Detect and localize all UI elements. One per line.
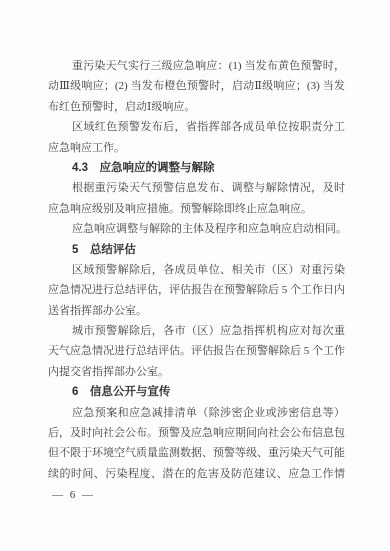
body-line: 应急响应工作。 bbox=[48, 138, 345, 158]
body-line: 区域预警解除后，各成员单位、相关市（区）对重污染天气 bbox=[48, 260, 345, 280]
section-heading-6: 6 信息公开与宣传 bbox=[48, 382, 345, 402]
body-line: 应急响应级别及响应措施。预警解除即终止应急响应。 bbox=[48, 199, 345, 219]
body-line: 区域红色预警发布后，省指挥部各成员单位按职责分工开展 bbox=[48, 117, 345, 137]
body-line: 城市预警解除后，各市（区）应急指挥机构应对每次重污染 bbox=[48, 321, 345, 341]
body-line: 内提交省指挥部办公室。 bbox=[48, 362, 345, 382]
document-page: 重污染天气实行三级应急响应：(1) 当发布黄色预警时，启 动Ⅲ级响应；(2) 当… bbox=[0, 0, 390, 551]
body-line: 但不限于环境空气质量监测数据、预警等级、重污染天气可能持 bbox=[48, 443, 345, 463]
body-line: 应急响应调整与解除的主体及程序和应急响应启动相同。 bbox=[48, 219, 345, 239]
body-line: 动Ⅲ级响应；(2) 当发布橙色预警时，启动Ⅱ级响应；(3) 当发 bbox=[48, 76, 345, 96]
body-line: 重污染天气实行三级应急响应：(1) 当发布黄色预警时，启 bbox=[48, 56, 345, 76]
body-line: 续的时间、污染程度、潜在的危害及防范建议、应急工作情 bbox=[48, 464, 345, 484]
section-heading-5: 5 总结评估 bbox=[48, 240, 345, 260]
body-line: 应急情况进行总结评估，评估报告在预警解除后 5 个工作日内报 bbox=[48, 280, 345, 300]
body-line: 应急预案和应急减排清单（除涉密企业或涉密信息等）修订 bbox=[48, 403, 345, 423]
body-line: 后，及时向社会公布。预警及应急响应期间向社会公布信息包括 bbox=[48, 423, 345, 443]
body-line: 送省指挥部办公室。 bbox=[48, 301, 345, 321]
body-line: 根据重污染天气预警信息发布、调整与解除情况，及时调整 bbox=[48, 178, 345, 198]
page-number: — 6 — bbox=[52, 488, 95, 502]
document-body: 重污染天气实行三级应急响应：(1) 当发布黄色预警时，启 动Ⅲ级响应；(2) 当… bbox=[48, 56, 345, 484]
body-line: 布红色预警时，启动Ⅰ级响应。 bbox=[48, 97, 345, 117]
body-line: 天气应急情况进行总结评估。评估报告在预警解除后 5 个工作日 bbox=[48, 341, 345, 361]
section-heading-4-3: 4.3 应急响应的调整与解除 bbox=[48, 158, 345, 178]
